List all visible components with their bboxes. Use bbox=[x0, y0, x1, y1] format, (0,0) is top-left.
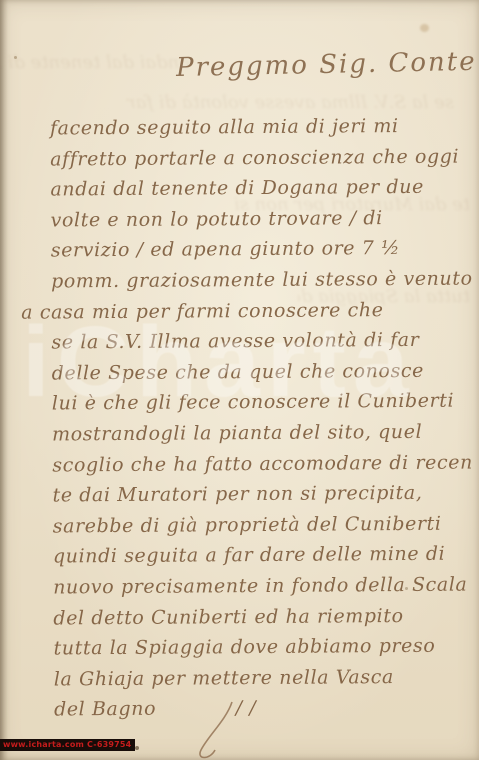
letter-line: volte e non lo potuto trovare / di bbox=[51, 202, 465, 235]
letter-line: scoglio che ha fatto accomodare di recen bbox=[52, 447, 466, 480]
paper-edge bbox=[0, 0, 8, 760]
show-through-line: andai dal tenente di Dogana per due bbox=[0, 52, 190, 73]
letter-salutation: Preggmo Sig. Conte bbox=[176, 47, 467, 83]
letter-line: servizio / ed apena giunto ore 7 ½ bbox=[51, 233, 465, 266]
letter-line: se la S.V. Illma avesse volontà di far bbox=[51, 325, 465, 358]
letter-body: facendo seguito alla mia di jeri miaffre… bbox=[50, 111, 468, 726]
stain bbox=[420, 24, 429, 32]
letter-line: del detto Cuniberti ed ha riempito bbox=[53, 600, 467, 633]
letter-line: mostrandogli la pianta del sito, quel bbox=[52, 416, 466, 449]
letter-line: nuovo precisamente in fondo della Scala bbox=[53, 569, 467, 602]
letter-line: sarebbe di già proprietà del Cuniberti bbox=[53, 508, 467, 541]
stain bbox=[135, 746, 139, 750]
letter-line: la Ghiaja per mettere nella Vasca bbox=[54, 661, 468, 694]
letter-line: lui è che gli fece conoscere il Cunibert… bbox=[52, 386, 466, 419]
letter-line: a casa mia per farmi conoscere che bbox=[21, 294, 465, 328]
letter-line: del Bagno / / bbox=[54, 692, 468, 725]
letter-line: tutta la Spiaggia dove abbiamo preso bbox=[54, 631, 468, 664]
letter-line: quindi seguita a far dare delle mine di bbox=[53, 539, 467, 572]
icharta-catalog-label: www.icharta.com C-639754 bbox=[0, 739, 135, 751]
stain bbox=[14, 56, 17, 59]
letter-line: delle Spese che da quel che conosce bbox=[52, 355, 466, 388]
letter-line: te dai Muratori per non si precipita, bbox=[52, 478, 466, 511]
letter-page: andai dal tenente di Dogana per due se l… bbox=[0, 0, 479, 760]
letter-line: facendo seguito alla mia di jeri mi bbox=[50, 111, 464, 144]
show-through-line: se la S.V. Illma avesse volontà di far bbox=[8, 92, 454, 113]
letter-line: affretto portarle a conoscienza che oggi bbox=[50, 141, 464, 174]
letter-line: pomm. graziosamente lui stesso è venuto bbox=[51, 264, 465, 297]
letter-line: andai dal tenente di Dogana per due bbox=[50, 172, 464, 205]
